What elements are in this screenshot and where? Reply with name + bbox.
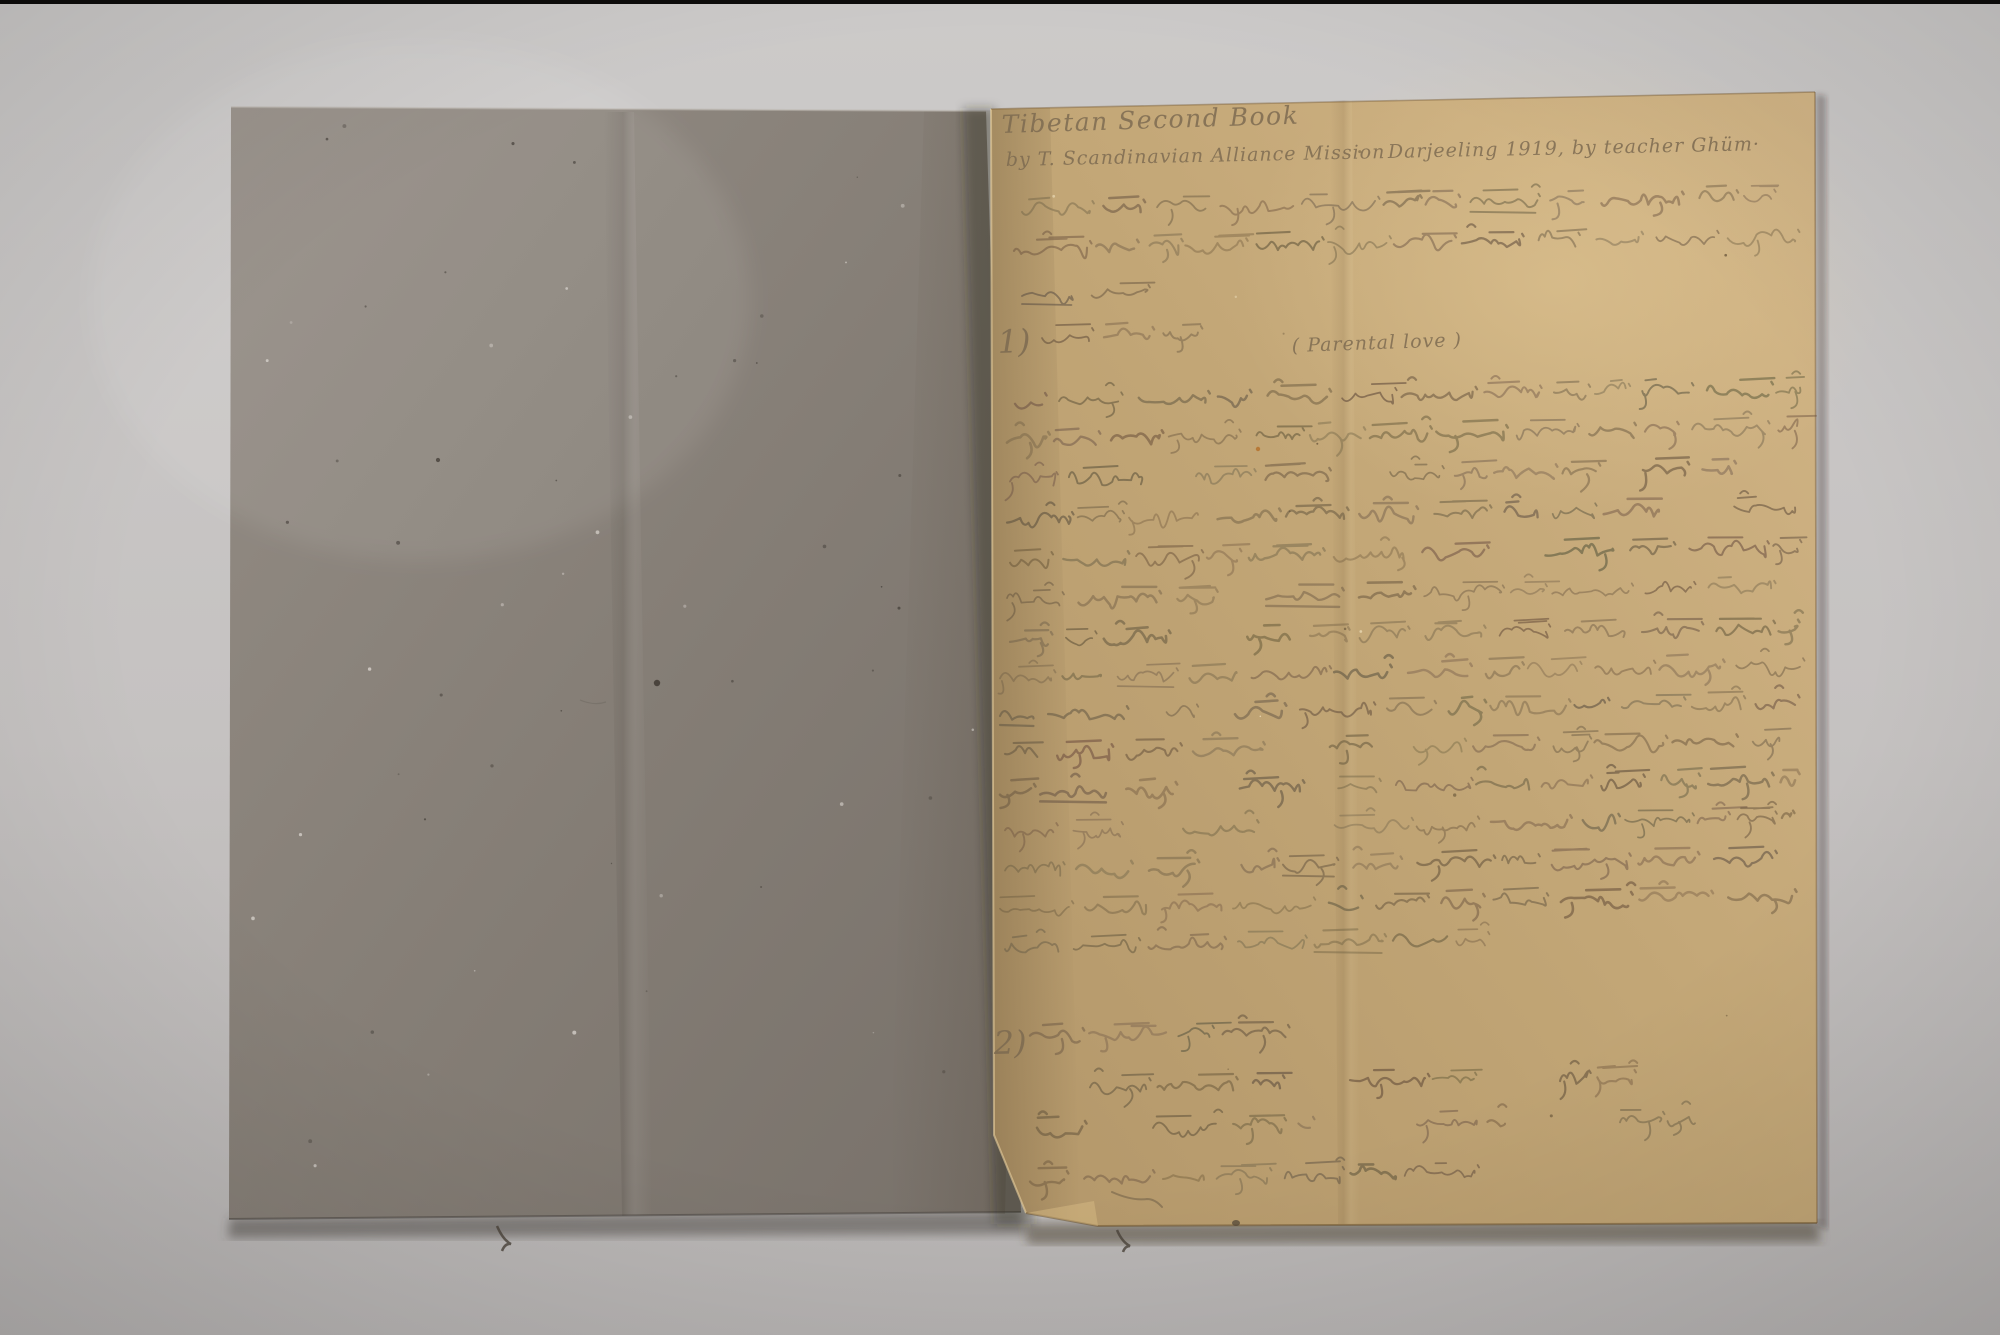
manuscript-photo-canvas: Tibetan Second Book by T. Scandinavian A… [0,0,2000,1335]
vignette-overlay [0,0,2000,1335]
photograph-of-open-notebook: Tibetan Second Book by T. Scandinavian A… [0,0,2000,1335]
